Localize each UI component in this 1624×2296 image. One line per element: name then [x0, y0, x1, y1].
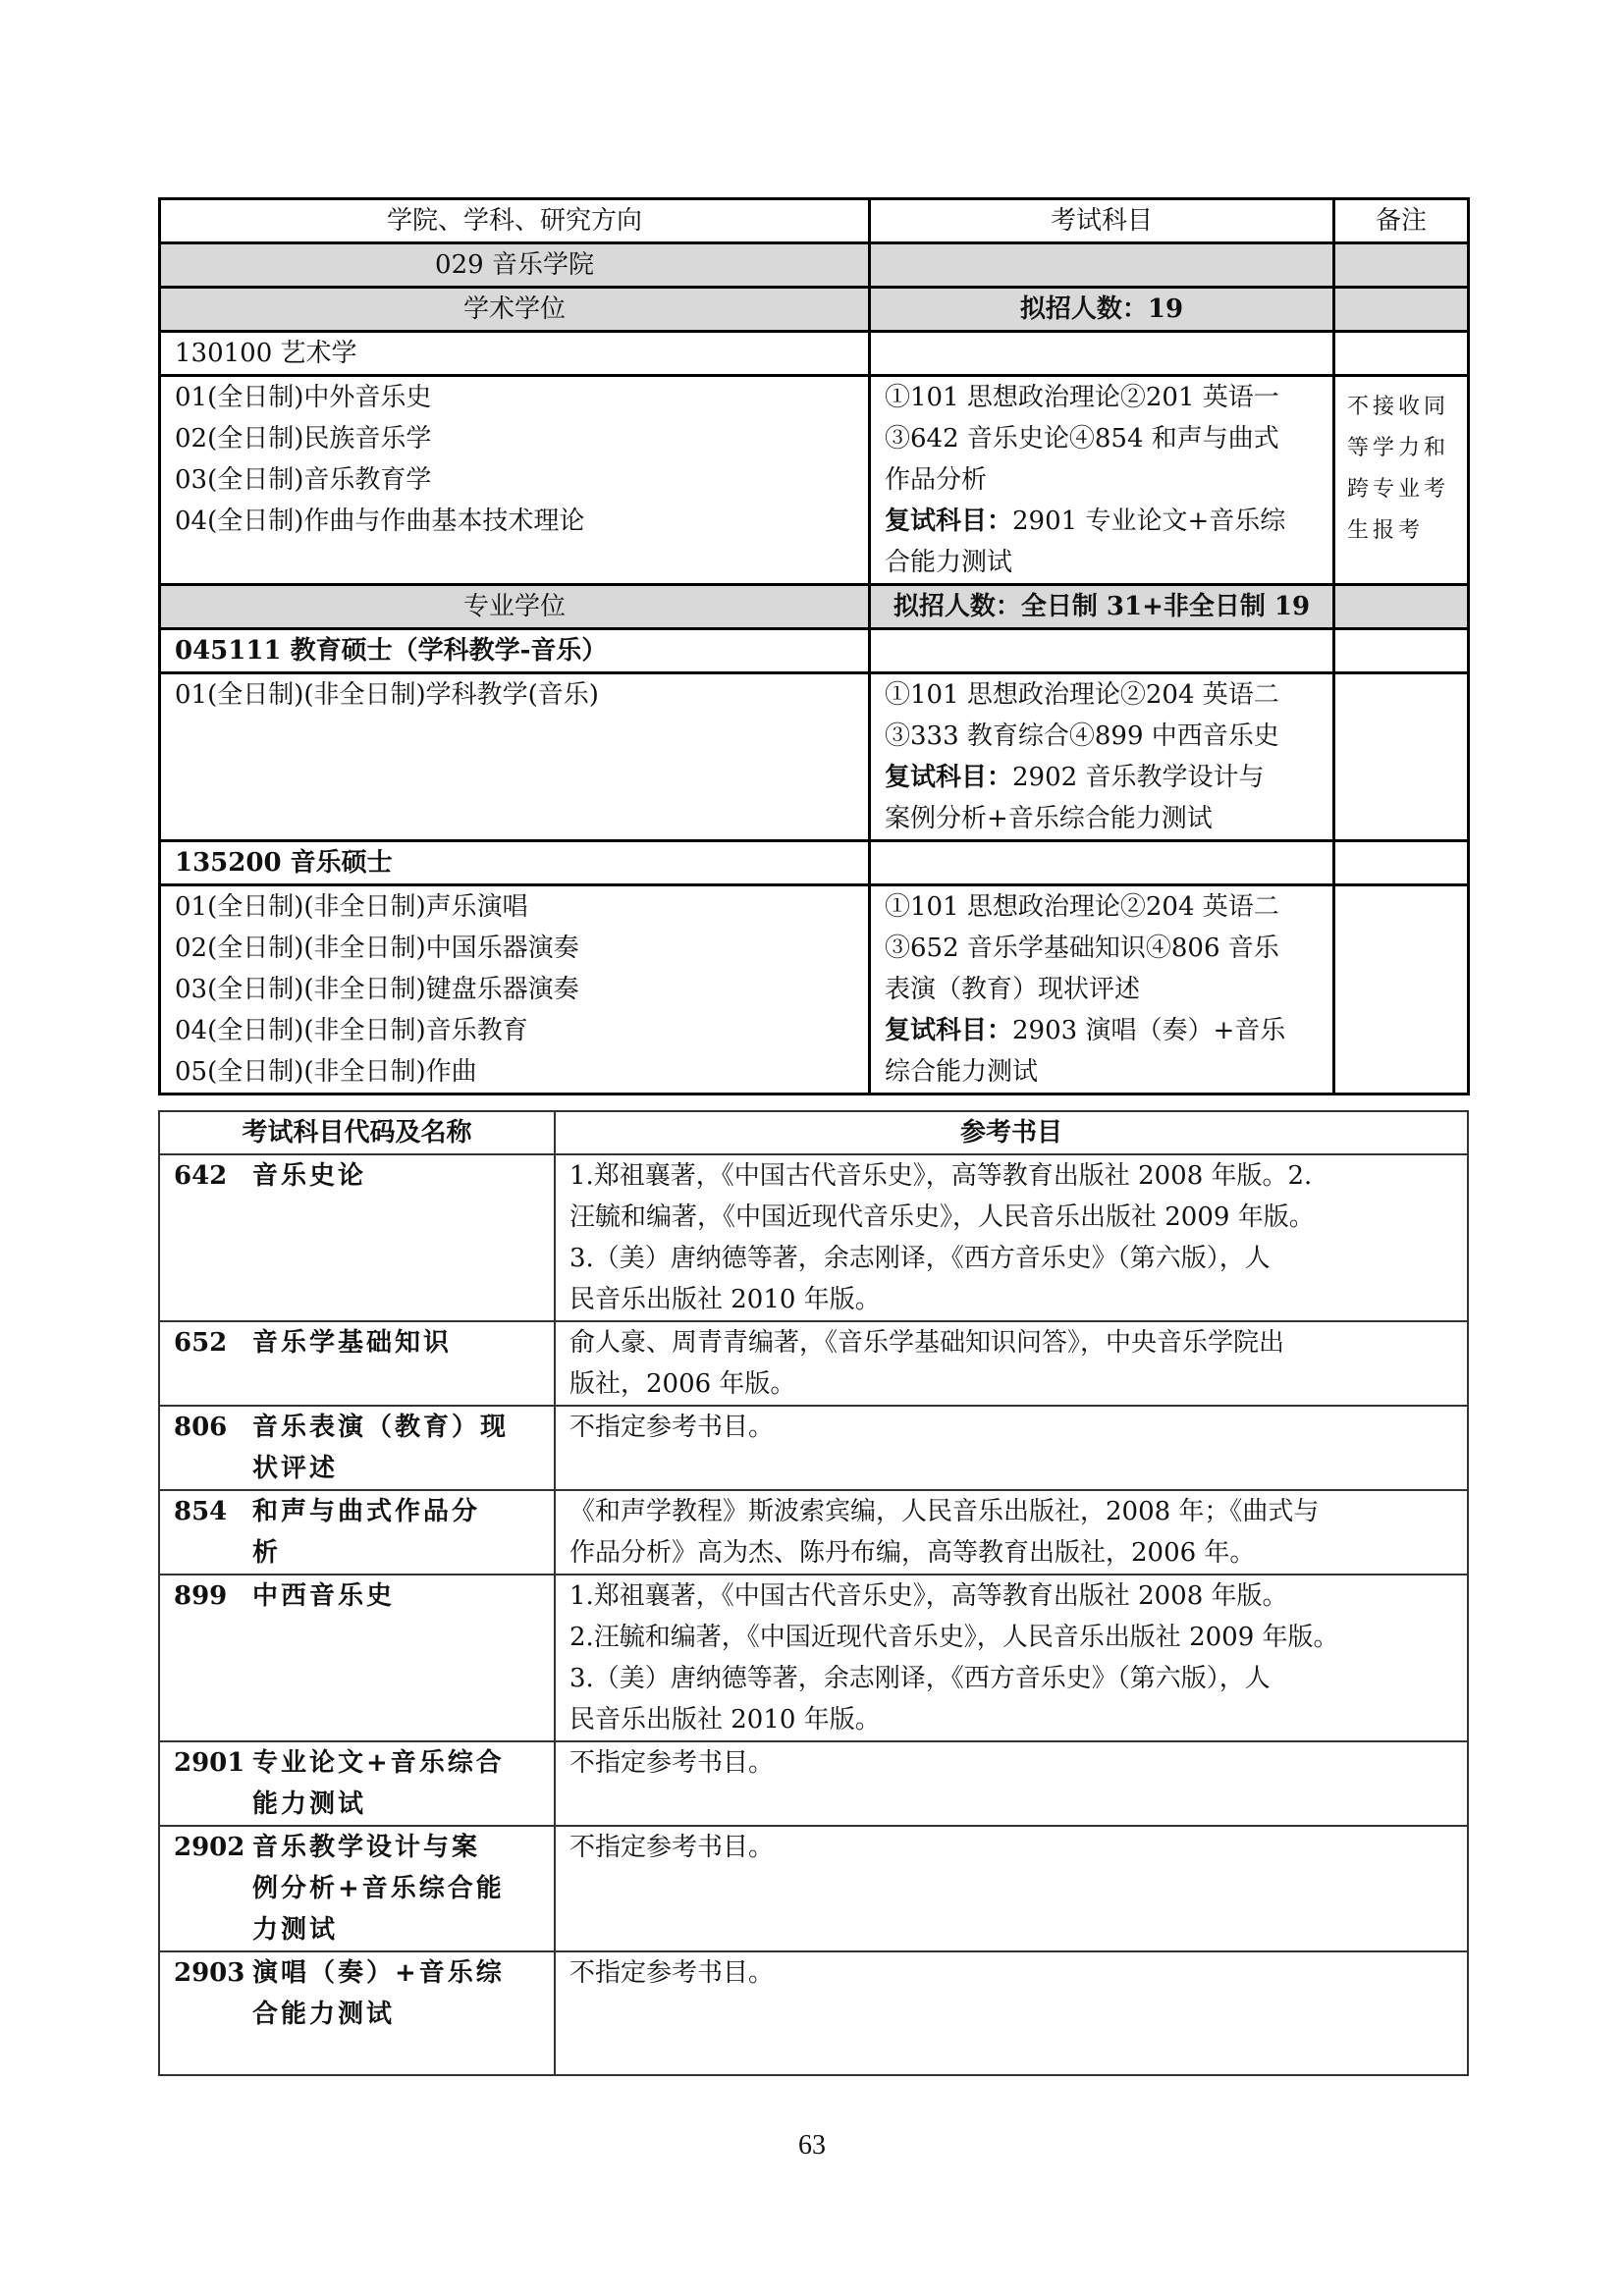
subject-name: 专业论文+音乐综合能力测试 [252, 1742, 527, 1825]
retest-label: 复试科目： [885, 763, 1012, 792]
direction-item: 05(全日制)(非全日制)作曲 [175, 1051, 854, 1093]
professional-quota: 拟招人数：全日制 31+非全日制 19 [870, 585, 1334, 629]
direction-item: 04(全日制)作曲与作曲基本技术理论 [175, 501, 854, 542]
header-subject: 考试科目代码及名称 [159, 1111, 555, 1154]
reference-books: 不指定参考书目。 [555, 1741, 1468, 1826]
reference-books: 1.郑祖襄著，《中国古代音乐史》，高等教育出版社 2008 年版。2. 汪毓和编… [555, 1154, 1468, 1321]
remark: 不接收同 等学力和 跨专业考 生报考 [1334, 376, 1469, 585]
subject-name: 音乐史论 [252, 1155, 527, 1197]
retest-label: 复试科目： [885, 1016, 1012, 1045]
academic-quota: 拟招人数：19 [870, 288, 1334, 332]
major-row: 045111 教育硕士（学科教学-音乐） [160, 629, 1469, 673]
directions-row: 01(全日制)(非全日制)学科教学(音乐) ①101 思想政治理论②204 英语… [160, 673, 1469, 841]
subject-code: 854 [160, 1491, 252, 1532]
direction-item: 01(全日制)(非全日制)声乐演唱 [175, 886, 854, 928]
subject-code: 2901 [160, 1742, 252, 1784]
subject-code: 899 [160, 1575, 252, 1617]
subject-name: 演唱（奏）+音乐综合能力测试 [252, 1952, 527, 2035]
direction-item: 04(全日制)(非全日制)音乐教育 [175, 1010, 854, 1051]
reference-books: 俞人豪、周青青编著，《音乐学基础知识问答》，中央音乐学院出 版社，2006 年版… [555, 1321, 1468, 1406]
professional-degree-row: 专业学位 拟招人数：全日制 31+非全日制 19 [160, 585, 1469, 629]
direction-item: 02(全日制)(非全日制)中国乐器演奏 [175, 928, 854, 969]
reference-books: 不指定参考书目。 [555, 1826, 1468, 1951]
header-exam: 考试科目 [870, 199, 1334, 243]
major-name: 135200 音乐硕士 [160, 841, 870, 885]
subject-code: 806 [160, 1407, 252, 1448]
college-row: 029 音乐学院 [160, 243, 1469, 288]
page-number: 63 [0, 2130, 1624, 2162]
exam-subjects: ①101 思想政治理论②204 英语二 ③333 教育综合④899 中西音乐史 … [870, 673, 1334, 841]
directions-row: 01(全日制)(非全日制)声乐演唱 02(全日制)(非全日制)中国乐器演奏 03… [160, 885, 1469, 1095]
major-name: 130100 艺术学 [160, 332, 870, 376]
table-row: 899中西音乐史 1.郑祖襄著，《中国古代音乐史》，高等教育出版社 2008 年… [159, 1575, 1468, 1741]
major-row: 130100 艺术学 [160, 332, 1469, 376]
academic-degree-label: 学术学位 [160, 288, 870, 332]
header-college: 学院、学科、研究方向 [160, 199, 870, 243]
exam-subjects: ①101 思想政治理论②204 英语二 ③652 音乐学基础知识④806 音乐 … [870, 885, 1334, 1095]
direction-item: 01(全日制)中外音乐史 [175, 377, 854, 418]
academic-degree-row: 学术学位 拟招人数：19 [160, 288, 1469, 332]
directions-row: 01(全日制)中外音乐史 02(全日制)民族音乐学 03(全日制)音乐教育学 0… [160, 376, 1469, 585]
reference-books: 不指定参考书目。 [555, 1406, 1468, 1490]
header-remark: 备注 [1334, 199, 1469, 243]
subject-code: 642 [160, 1155, 252, 1197]
table-row: 2901专业论文+音乐综合能力测试 不指定参考书目。 [159, 1741, 1468, 1826]
professional-degree-label: 专业学位 [160, 585, 870, 629]
table-row: 2902音乐教学设计与案例分析+音乐综合能力测试 不指定参考书目。 [159, 1826, 1468, 1951]
subject-name: 音乐教学设计与案例分析+音乐综合能力测试 [252, 1827, 527, 1950]
subject-code: 2902 [160, 1827, 252, 1868]
header-row: 学院、学科、研究方向 考试科目 备注 [160, 199, 1469, 243]
direction-item: 03(全日制)(非全日制)键盘乐器演奏 [175, 969, 854, 1010]
exam-subjects: ①101 思想政治理论②201 英语一 ③642 音乐史论④854 和声与曲式 … [870, 376, 1334, 585]
reference-books: 1.郑祖襄著，《中国古代音乐史》，高等教育出版社 2008 年版。 2.汪毓和编… [555, 1575, 1468, 1741]
subject-code: 2903 [160, 1952, 252, 1994]
direction-item: 02(全日制)民族音乐学 [175, 418, 854, 459]
table-row: 806音乐表演（教育）现状评述 不指定参考书目。 [159, 1406, 1468, 1490]
direction-item: 01(全日制)(非全日制)学科教学(音乐) [175, 674, 854, 716]
subject-name: 中西音乐史 [252, 1575, 527, 1617]
reference-books: 不指定参考书目。 [555, 1951, 1468, 2075]
subject-name: 和声与曲式作品分析 [252, 1491, 527, 1574]
table-row: 2903演唱（奏）+音乐综合能力测试 不指定参考书目。 [159, 1951, 1468, 2075]
admissions-table: 学院、学科、研究方向 考试科目 备注 029 音乐学院 学术学位 拟招人数：19… [158, 197, 1470, 1095]
college-name: 029 音乐学院 [160, 243, 870, 288]
subject-code: 652 [160, 1322, 252, 1363]
header-row: 考试科目代码及名称 参考书目 [159, 1111, 1468, 1154]
reference-books-table: 考试科目代码及名称 参考书目 642音乐史论 1.郑祖襄著，《中国古代音乐史》，… [158, 1110, 1469, 2076]
direction-item: 03(全日制)音乐教育学 [175, 459, 854, 501]
subject-name: 音乐学基础知识 [252, 1322, 527, 1363]
subject-name: 音乐表演（教育）现状评述 [252, 1407, 527, 1489]
retest-label: 复试科目： [885, 507, 1012, 536]
header-books: 参考书目 [555, 1111, 1468, 1154]
major-name: 045111 教育硕士（学科教学-音乐） [160, 629, 870, 673]
table-row: 854和声与曲式作品分析 《和声学教程》斯波索宾编，人民音乐出版社，2008 年… [159, 1490, 1468, 1575]
table-row: 652音乐学基础知识 俞人豪、周青青编著，《音乐学基础知识问答》，中央音乐学院出… [159, 1321, 1468, 1406]
table-row: 642音乐史论 1.郑祖襄著，《中国古代音乐史》，高等教育出版社 2008 年版… [159, 1154, 1468, 1321]
major-row: 135200 音乐硕士 [160, 841, 1469, 885]
reference-books: 《和声学教程》斯波索宾编，人民音乐出版社，2008 年；《曲式与 作品分析》高为… [555, 1490, 1468, 1575]
